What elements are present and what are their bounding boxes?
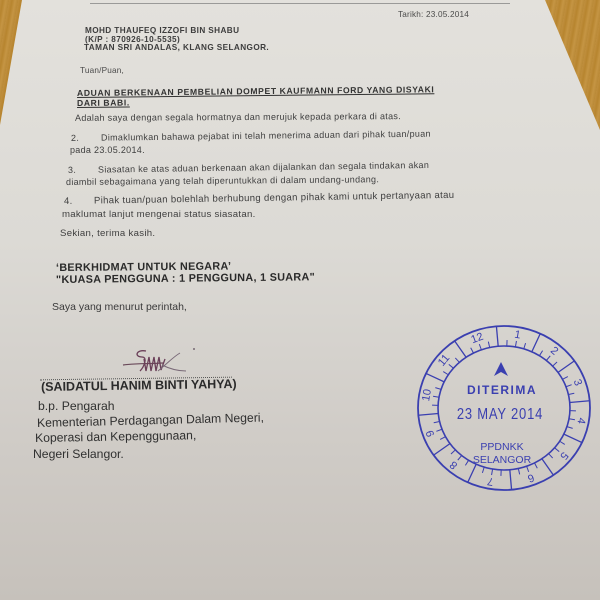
stamp-graphic: 121234567891011 DITERIMA 23 MAY 2014 PPD…: [420, 322, 600, 494]
paragraph-text: Pihak tuan/puan bolehlah berhubung denga…: [94, 190, 455, 207]
svg-text:1: 1: [513, 329, 521, 342]
motto-2: "KUASA PENGGUNA : 1 PENGGUNA, 1 SUARA": [56, 271, 315, 286]
stamp-date: 23 MAY 2014: [457, 406, 543, 423]
received-stamp: 121234567891011 DITERIMA 23 MAY 2014 PPD…: [420, 322, 600, 494]
paragraph-number: 2.: [71, 133, 101, 143]
paragraph-4-cont: maklumat lanjut mengenai status siasatan…: [62, 209, 256, 220]
paragraph-4: 4.Pihak tuan/puan bolehlah berhubung den…: [64, 190, 454, 207]
salutation: Tuan/Puan,: [80, 66, 124, 75]
subject-line-1: ADUAN BERKENAAN PEMBELIAN DOMPET KAUFMAN…: [77, 84, 434, 98]
paragraph-2: 2.Dimaklumkan bahawa pejabat ini telah m…: [71, 129, 431, 143]
signatory-org-1: Kementerian Perdagangan Dalam Negeri,: [37, 410, 264, 430]
header-rule: [90, 3, 510, 4]
recipient-address: TAMAN SRI ANDALAS, KLANG SELANGOR.: [84, 43, 269, 52]
paragraph-text: Siasatan ke atas aduan berkenaan akan di…: [98, 160, 429, 175]
signatory-org-2: Koperasi dan Kepenggunaan,: [35, 428, 197, 445]
closing-order: Saya yang menurut perintah,: [52, 301, 187, 313]
svg-text:10: 10: [420, 388, 434, 402]
paragraph-number: 3.: [68, 165, 98, 175]
letter-page: Tarikh: 23.05.2014 MOHD THAUFEQ IZZOFI B…: [0, 0, 600, 600]
svg-text:4: 4: [574, 417, 587, 425]
arrow-up-icon: [494, 362, 508, 376]
letter-date: Tarikh: 23.05.2014: [398, 10, 469, 19]
paragraph-1: Adalah saya dengan segala hormatnya dan …: [75, 111, 401, 123]
stamp-office-2: SELANGOR: [473, 454, 532, 466]
paragraph-3-cont: diambil sebagaimana yang telah diperuntu…: [66, 174, 379, 187]
paragraph-number: 4.: [64, 196, 94, 207]
svg-text:3: 3: [571, 378, 584, 388]
svg-text:7: 7: [486, 475, 494, 488]
recipient-name: MOHD THAUFEQ IZZOFI BIN SHABU: [85, 26, 239, 35]
signatory-name: (SAIDATUL HANIM BINTI YAHYA): [41, 377, 237, 394]
stamp-status: DITERIMA: [467, 383, 537, 397]
closing-thanks: Sekian, terima kasih.: [60, 228, 155, 239]
paragraph-3: 3.Siasatan ke atas aduan berkenaan akan …: [68, 160, 429, 175]
svg-text:12: 12: [469, 331, 485, 346]
subject-line-2: DARI BABI.: [77, 97, 130, 108]
svg-text:6: 6: [526, 471, 536, 484]
paragraph-text: Dimaklumkan bahawa pejabat ini telah men…: [101, 129, 431, 143]
svg-text:9: 9: [424, 428, 437, 438]
signatory-org-3: Negeri Selangor.: [33, 447, 124, 461]
stamp-office-1: PPDNKK: [480, 441, 523, 453]
paragraph-2-cont: pada 23.05.2014.: [70, 145, 145, 155]
signatory-title: b.p. Pengarah: [38, 399, 115, 413]
